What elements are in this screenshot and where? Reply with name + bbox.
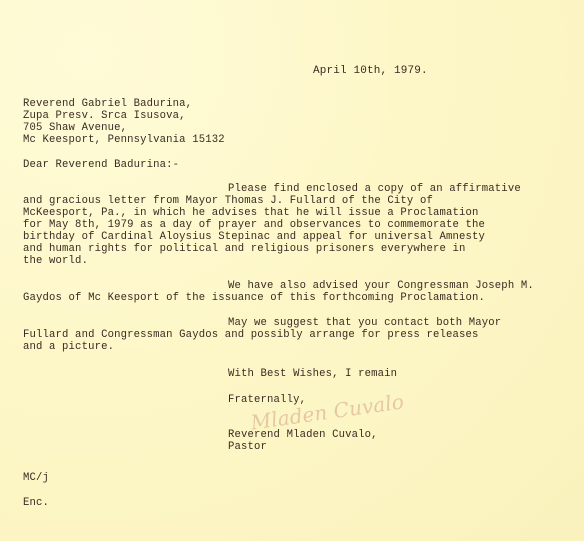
signer-title: Pastor <box>228 441 267 454</box>
enclosure-note: Enc. <box>23 497 49 510</box>
paragraph-1-line: the world. <box>23 255 88 268</box>
salutation: Dear Reverend Badurina:- <box>23 159 179 172</box>
reference-initials: MC/j <box>23 472 49 485</box>
letter-date: April 10th, 1979. <box>313 65 428 78</box>
paragraph-1-line: and human rights for political and relig… <box>23 243 466 256</box>
paragraph-3-line: and a picture. <box>23 341 114 354</box>
closing: With Best Wishes, I remain <box>228 368 397 381</box>
paragraph-2-line: Gaydos of Mc Keesport of the issuance of… <box>23 292 485 305</box>
recipient-line-4: Mc Keesport, Pennsylvania 15132 <box>23 134 225 147</box>
